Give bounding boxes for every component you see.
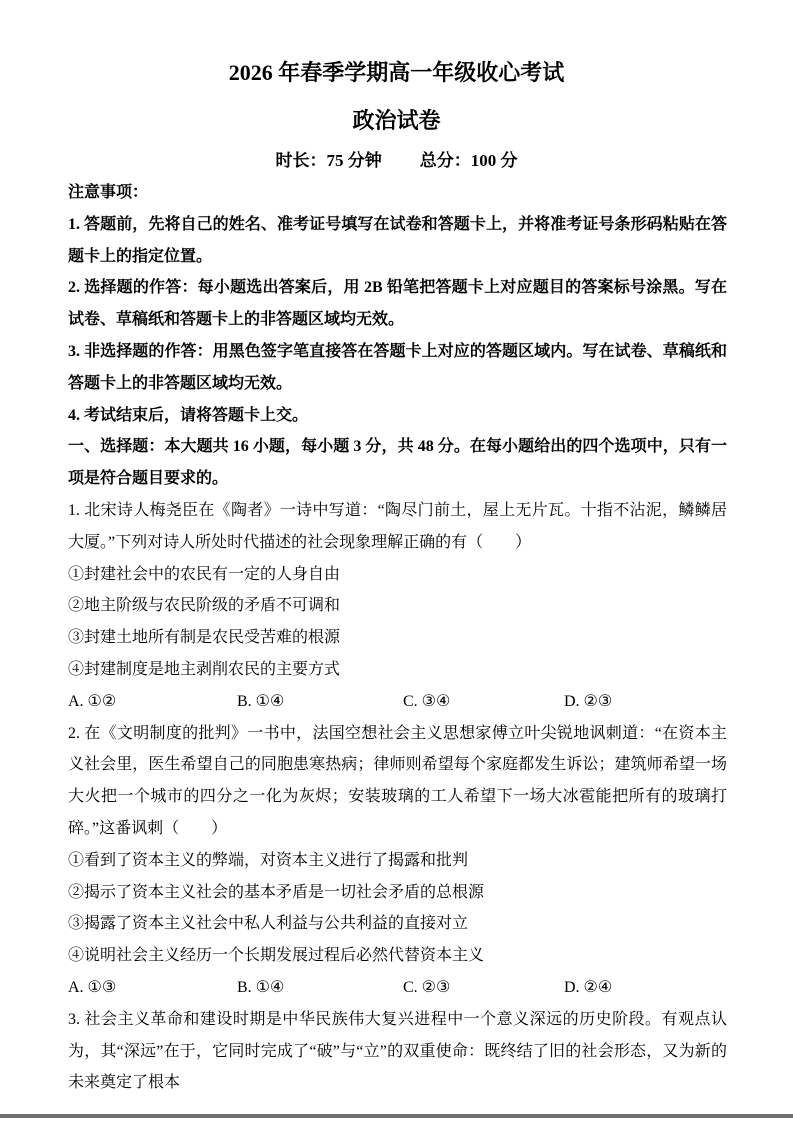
exam-subject-title: 政治试卷 [0, 104, 793, 138]
notice-list: 1. 答题前，先将自己的姓名、准考证号填写在试卷和答题卡上，并将准考证号条形码粘… [68, 209, 727, 432]
notice-heading: 注意事项： [68, 177, 727, 209]
notice-item: 3. 非选择题的作答：用黑色签字笔直接答在答题卡上对应的答题区域内。写在试卷、草… [68, 336, 727, 400]
choice-row: A. ①②B. ①④C. ③④D. ②③ [68, 686, 727, 718]
question-item: ②地主阶级与农民阶级的矛盾不可调和 [68, 590, 727, 622]
question-list: 1. 北宋诗人梅尧臣在《陶者》一诗中写道：“陶尽门前土，屋上无片瓦。十指不沾泥，… [68, 495, 727, 1099]
exam-meta-line: 时长：75 分钟总分：100 分 [0, 148, 793, 174]
question-item: ③揭露了资本主义社会中私人利益与公共利益的直接对立 [68, 908, 727, 940]
duration-label: 时长：75 分钟 [276, 151, 382, 170]
choice-option: C. ③④ [403, 686, 564, 718]
page-title: 2026 年春季学期高一年级收心考试 [0, 56, 793, 90]
choice-option: C. ②③ [403, 972, 564, 1004]
choice-row: A. ①③B. ①④C. ②③D. ②④ [68, 972, 727, 1004]
page-bottom-edge [0, 1114, 793, 1118]
notice-item: 4. 考试结束后，请将答题卡上交。 [68, 400, 727, 432]
exam-body: 注意事项： 1. 答题前，先将自己的姓名、准考证号填写在试卷和答题卡上，并将准考… [68, 177, 727, 1099]
question-item: ③封建土地所有制是农民受苦难的根源 [68, 622, 727, 654]
question-item: ①看到了资本主义的弊端，对资本主义进行了揭露和批判 [68, 845, 727, 877]
question-stem: 1. 北宋诗人梅尧臣在《陶者》一诗中写道：“陶尽门前土，屋上无片瓦。十指不沾泥，… [68, 495, 727, 559]
question-item: ④说明社会主义经历一个长期发展过程后必然代替资本主义 [68, 940, 727, 972]
total-score-label: 总分：100 分 [420, 151, 518, 170]
choice-option: B. ①④ [237, 972, 403, 1004]
question-stem: 3. 社会主义革命和建设时期是中华民族伟大复兴进程中一个意义深远的历史阶段。有观… [68, 1004, 727, 1099]
notice-item: 2. 选择题的作答：每小题选出答案后，用 2B 铅笔把答题卡上对应题目的答案标号… [68, 272, 727, 336]
notice-item: 1. 答题前，先将自己的姓名、准考证号填写在试卷和答题卡上，并将准考证号条形码粘… [68, 209, 727, 273]
choice-option: D. ②④ [564, 972, 727, 1004]
choice-option: B. ①④ [237, 686, 403, 718]
question-stem: 2. 在《文明制度的批判》一书中，法国空想社会主义思想家傅立叶尖锐地讽刺道：“在… [68, 718, 727, 845]
choice-option: A. ①③ [68, 972, 237, 1004]
exam-page: 2026 年春季学期高一年级收心考试 政治试卷 时长：75 分钟总分：100 分… [0, 0, 793, 1122]
choice-option: D. ②③ [564, 686, 727, 718]
question-item: ④封建制度是地主剥削农民的主要方式 [68, 654, 727, 686]
question-item: ②揭示了资本主义社会的基本矛盾是一切社会矛盾的总根源 [68, 877, 727, 909]
question-item: ①封建社会中的农民有一定的人身自由 [68, 559, 727, 591]
choice-option: A. ①② [68, 686, 237, 718]
section-heading: 一、选择题：本大题共 16 小题，每小题 3 分，共 48 分。在每小题给出的四… [68, 431, 727, 495]
